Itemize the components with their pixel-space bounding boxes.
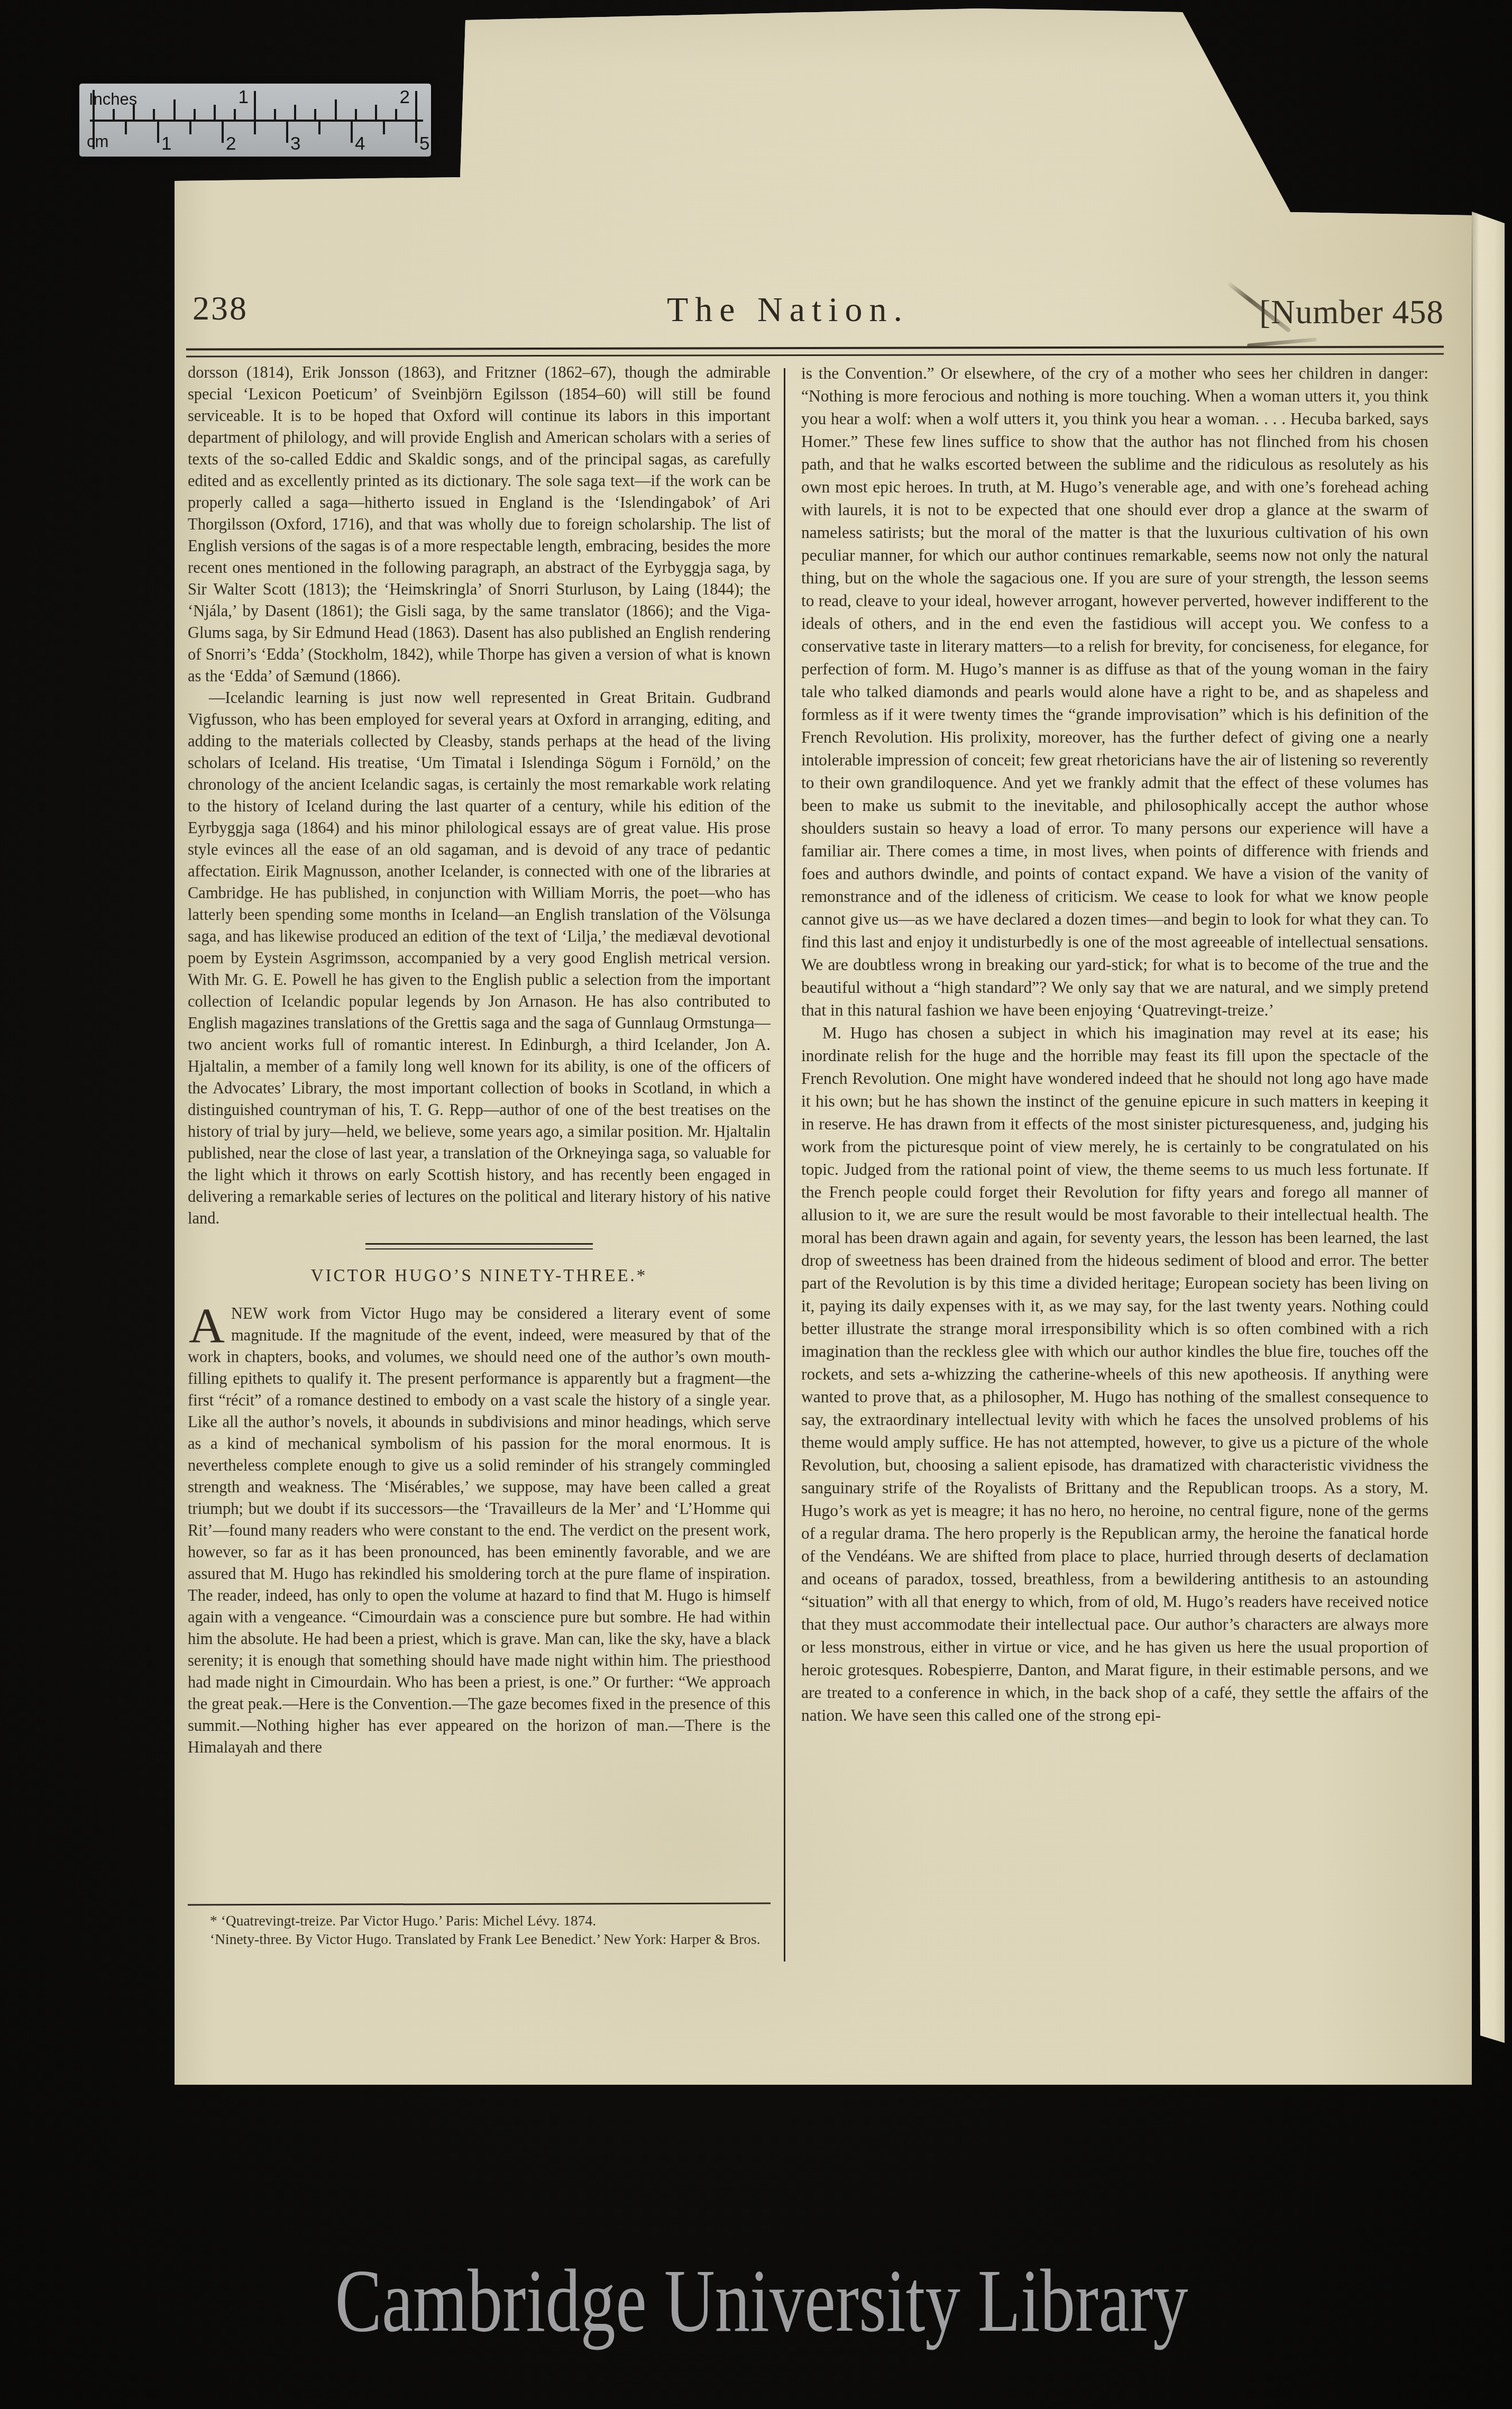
ruler-tick	[351, 122, 353, 143]
ruler-cm-numeral: 1	[161, 133, 171, 154]
left-column: dorsson (1814), Erik Jonsson (1863), and…	[188, 362, 771, 1896]
ruler-tick	[93, 90, 95, 149]
ruler-inch-numeral: 1	[231, 87, 249, 108]
ruler-tick	[133, 105, 135, 120]
ruler-tick	[383, 122, 385, 134]
ruler-tick	[254, 91, 256, 120]
scan-background: Inches cm 1212345 238 The Nation. [Numbe…	[0, 0, 1512, 2409]
header-rule	[186, 346, 1444, 358]
ruler-tick	[157, 122, 159, 143]
hugo-review-paragraph-2: M. Hugo has chosen a subject in which hi…	[801, 1021, 1428, 1727]
ruler-tick	[173, 99, 176, 120]
article-drop-cap: A	[188, 1303, 231, 1345]
ruler-tick	[222, 122, 224, 143]
ruler-tick	[214, 105, 216, 120]
article-opening-text: NEW work from Victor Hugo may be conside…	[188, 1304, 771, 1756]
issue-number: [Number 458	[1243, 293, 1444, 332]
ruler-cm-numeral: 2	[226, 133, 236, 154]
ruler-inches-label: Inches	[89, 90, 137, 109]
ruler-tick	[234, 109, 236, 120]
ruler-baseline	[90, 120, 423, 122]
ruler-inch-numeral: 2	[392, 87, 410, 108]
section-separator	[365, 1243, 593, 1249]
ruler-tick	[415, 122, 417, 143]
ruler-tick	[335, 99, 337, 120]
page-fore-edge	[1472, 207, 1505, 2043]
footnote-line: * ‘Quatrevingt-treize. Par Victor Hugo.’…	[188, 1911, 771, 1930]
ruler-tick	[294, 105, 296, 120]
ruler-tick	[286, 122, 288, 143]
ruler-tick	[125, 122, 127, 134]
journal-title: The Nation.	[640, 290, 936, 330]
ruler-cm-numeral: 5	[419, 133, 429, 154]
page-scan: 238 The Nation. [Number 458 dorsson (181…	[175, 4, 1473, 2087]
article-heading: VICTOR HUGO’S NINETY-THREE.*	[188, 1265, 771, 1287]
footnote-rule	[188, 1903, 771, 1906]
ruler-cm-numeral: 3	[290, 133, 300, 154]
saga-continuation-paragraph: dorsson (1814), Erik Jonsson (1863), and…	[188, 362, 771, 687]
column-divider	[784, 368, 785, 1961]
ruler-tick	[395, 109, 397, 120]
icelandic-learning-paragraph: —Icelandic learning is just now well rep…	[188, 687, 771, 1229]
article-opening-paragraph: ANEW work from Victor Hugo may be consid…	[188, 1303, 771, 1758]
hugo-review-paragraph-1: is the Convention.” Or elsewhere, of the…	[801, 362, 1428, 1021]
library-watermark: Cambridge University Library	[275, 2249, 1249, 2352]
ruler: Inches cm 1212345	[79, 84, 431, 157]
ruler-tick	[113, 109, 115, 120]
ruler-tick	[189, 122, 191, 134]
ruler-tick	[415, 91, 417, 120]
right-column: is the Convention.” Or elsewhere, of the…	[801, 362, 1428, 1965]
ruler-tick	[318, 122, 320, 134]
ruler-cm-numeral: 4	[355, 133, 365, 154]
page-number: 238	[193, 289, 248, 328]
footnote-line: ‘Ninety-three. By Victor Hugo. Translate…	[188, 1930, 771, 1948]
ruler-tick	[153, 109, 155, 120]
ruler-tick	[314, 109, 316, 120]
ruler-tick	[254, 122, 256, 134]
ruler-tick	[355, 109, 357, 120]
footnote: * ‘Quatrevingt-treize. Par Victor Hugo.’…	[188, 1903, 771, 1948]
ruler-tick	[375, 105, 377, 120]
ruler-cm-label: cm	[87, 132, 108, 151]
ruler-tick	[274, 109, 276, 120]
ruler-tick	[194, 109, 196, 120]
